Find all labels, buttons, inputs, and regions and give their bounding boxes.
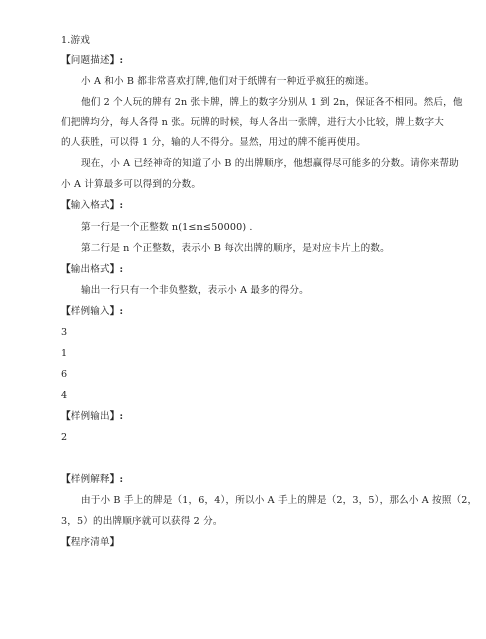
heading-label: 程序清单 <box>71 537 110 548</box>
sample-input-line: 1 <box>61 348 436 360</box>
heading-bracket-open: 【 <box>61 411 71 422</box>
sample-input-line: 6 <box>61 369 436 381</box>
heading-bracket-open: 【 <box>61 306 71 317</box>
heading-bracket-open: 【 <box>61 55 71 66</box>
heading-bracket-close: 】: <box>110 55 123 66</box>
heading-bracket-close: 】: <box>110 264 123 275</box>
heading-label: 输出格式 <box>71 264 110 275</box>
document-page: 1.游戏 【问题描述】: 小 A 和小 B 都非常喜欢打牌,他们对于纸牌有一种近… <box>0 0 486 639</box>
paragraph-line: 第二行是 n 个正整数，表示小 B 每次出牌的顺序，是对应卡片上的数。 <box>81 243 436 255</box>
heading-bracket-open: 【 <box>61 537 71 548</box>
paragraph-line: 的人获胜，可以得 1 分，输的人不得分。显然，用过的牌不能再使用。 <box>61 137 436 149</box>
section-heading-problem: 【问题描述】: <box>61 55 436 67</box>
section-heading-sample-input: 【样例输入】: <box>61 306 436 318</box>
paragraph-line: 现在，小 A 已经神奇的知道了小 B 的出牌顺序，他想赢得尽可能多的分数。请你来… <box>81 158 436 170</box>
heading-label: 输入格式 <box>71 200 110 211</box>
heading-bracket-open: 【 <box>61 474 71 485</box>
paragraph-line: 小 A 计算最多可以得到的分数。 <box>61 179 436 191</box>
paragraph-line: 小 A 和小 B 都非常喜欢打牌,他们对于纸牌有一种近乎疯狂的痴迷。 <box>81 76 436 88</box>
heading-bracket-close: 】: <box>110 200 123 211</box>
heading-label: 问题描述 <box>71 55 110 66</box>
heading-label: 样例输入 <box>71 306 110 317</box>
heading-bracket-close: 】 <box>110 537 120 548</box>
heading-bracket-close: 】: <box>110 474 123 485</box>
heading-bracket-open: 【 <box>61 264 71 275</box>
heading-bracket-close: 】: <box>110 411 123 422</box>
paragraph-line: 输出一行只有一个非负整数，表示小 A 最多的得分。 <box>81 285 436 297</box>
paragraph-line: 他们 2 个人玩的牌有 2n 张卡牌，牌上的数字分别从 1 到 2n，保证各不相… <box>81 97 436 109</box>
heading-bracket-open: 【 <box>61 200 71 211</box>
section-heading-input-format: 【输入格式】: <box>61 200 436 212</box>
paragraph-line: 第一行是一个正整数 n(1≤n≤50000) . <box>81 222 436 234</box>
sample-input-line: 3 <box>61 327 436 339</box>
section-heading-sample-output: 【样例输出】: <box>61 411 436 423</box>
paragraph-line: 们把牌均分，每人各得 n 张。玩牌的时候，每人各出一张牌，进行大小比较，牌上数字… <box>61 117 436 129</box>
section-heading-output-format: 【输出格式】: <box>61 264 436 276</box>
sample-input-line: 4 <box>61 390 436 402</box>
paragraph-line: 3，5）的出牌顺序就可以获得 2 分。 <box>61 516 436 528</box>
paragraph-line: 由于小 B 手上的牌是（1，6，4），所以小 A 手上的牌是（2，3，5），那么… <box>81 495 436 507</box>
section-heading-sample-explanation: 【样例解释】: <box>61 474 436 486</box>
heading-bracket-close: 】: <box>110 306 123 317</box>
heading-label: 样例输出 <box>71 411 110 422</box>
section-heading-program-listing: 【程序清单】 <box>61 537 436 549</box>
heading-label: 样例解释 <box>71 474 110 485</box>
sample-output-line: 2 <box>61 432 436 444</box>
document-title: 1.游戏 <box>61 35 436 47</box>
